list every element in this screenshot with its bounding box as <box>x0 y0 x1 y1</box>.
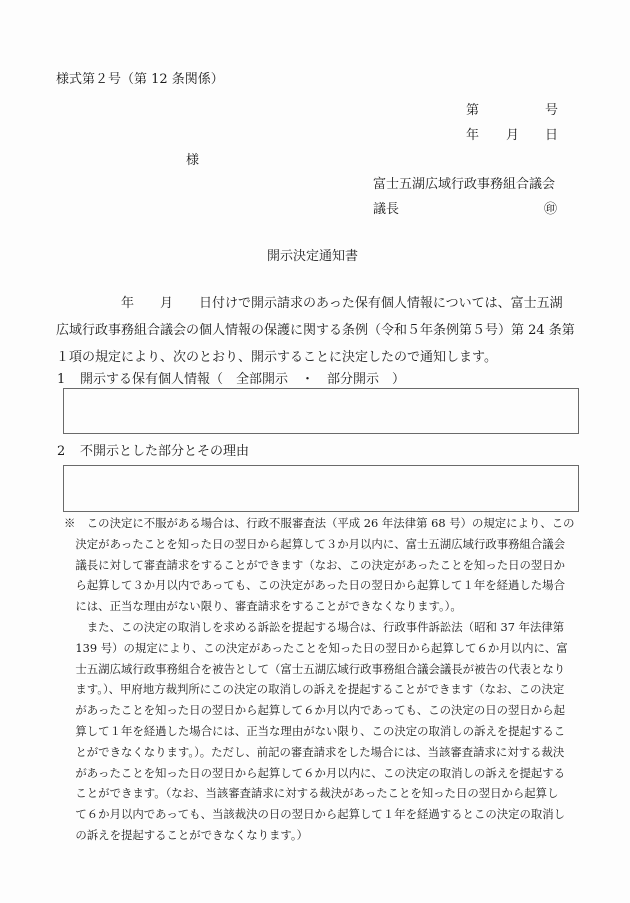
body-line: 年 月 日付けで開示請求のあった保有個人情報については、富士五湖 <box>56 290 584 317</box>
seal-icon: ㊞ <box>544 202 557 218</box>
document-title: 開示決定通知書 <box>267 249 358 265</box>
notice-line: 決定があったことを知った日の翌日から起算して３か月以内に、富士五湖広域行政事務組… <box>64 534 586 555</box>
issuer-organization: 富士五湖広域行政事務組合議会 <box>373 177 555 193</box>
notice-line: ※ この決定に不服がある場合は、行政不服審査法（平成 26 年法律第 68 号）… <box>64 513 586 534</box>
notice-line: があったことを知った日の翌日から起算して６か月以内に、この決定の取消しの訴えを提… <box>64 763 586 784</box>
date-year-label: 年 <box>466 128 479 144</box>
body-paragraph: 年 月 日付けで開示請求のあった保有個人情報については、富士五湖 広域行政事務組… <box>56 290 584 371</box>
section1-number: 1 <box>57 372 65 388</box>
nondisclosure-reason-box[interactable] <box>63 465 579 512</box>
notice-line: とができなくなります。）。ただし、前記の審査請求をした場合には、当該審査請求に対… <box>64 742 586 763</box>
disclosed-info-box[interactable] <box>63 388 579 434</box>
notice-line: 議長に対して審査請求をすることができます（なお、この決定があったことを知った日の… <box>64 555 586 576</box>
notice-line: ことができます。（なお、当該審査請求に対する裁決があったことを知った日の翌日から… <box>64 783 586 804</box>
notice-line: 士五湖広域行政事務組合を被告として（富士五湖広域行政事務組合議会議長が被告の代表… <box>64 659 586 680</box>
date-day-label: 日 <box>545 128 558 144</box>
issuer-title: 議長 <box>373 202 399 218</box>
document-number-prefix: 第 <box>466 103 479 119</box>
section2-label: 不開示とした部分とその理由 <box>80 444 249 460</box>
notice-line: また、この決定の取消しを求める訴訟を提起する場合は、行政事件訴訟法（昭和 37 … <box>64 617 586 638</box>
notice-line: 算して１年を経過した場合には、正当な理由がない限り、この決定の取消しの訴えを提起… <box>64 721 586 742</box>
body-line: １項の規定により、次のとおり、開示することに決定したので通知します。 <box>56 344 584 371</box>
addressee-suffix: 様 <box>186 153 199 169</box>
form-label: 様式第２号（第 12 条関係） <box>56 72 224 88</box>
document-number-suffix: 号 <box>545 103 558 119</box>
date-month-label: 月 <box>506 128 519 144</box>
section2-number: 2 <box>57 444 65 460</box>
body-line: 広域行政事務組合議会の個人情報の保護に関する条例（令和５年条例第５号）第 24 … <box>56 317 584 344</box>
notice-line: の訴えを提起することができなくなります。） <box>64 825 586 846</box>
notice-line: 139 号）の規定により、この決定があったことを知った日の翌日から起算して６か月… <box>64 638 586 659</box>
notice-line: て６か月以内であっても、当該裁決の日の翌日から起算して１年を経過するとこの決定の… <box>64 804 586 825</box>
section1-label: 開示する保有個人情報（ 全部開示 ・ 部分開示 ） <box>80 372 405 388</box>
notice-line: ます。）、甲府地方裁判所にこの決定の取消しの訴えを提起することができます（なお、… <box>64 679 586 700</box>
notice-line: には、正当な理由がない限り、審査請求をすることができなくなります。）。 <box>64 596 586 617</box>
notice-line: があったことを知った日の翌日から起算して６か月以内であっても、この決定の日の翌日… <box>64 700 586 721</box>
appeal-notice: ※ この決定に不服がある場合は、行政不服審査法（平成 26 年法律第 68 号）… <box>64 513 586 846</box>
notice-line: ら起算して３か月以内であっても、この決定があった日の翌日から起算して１年を経過し… <box>64 575 586 596</box>
